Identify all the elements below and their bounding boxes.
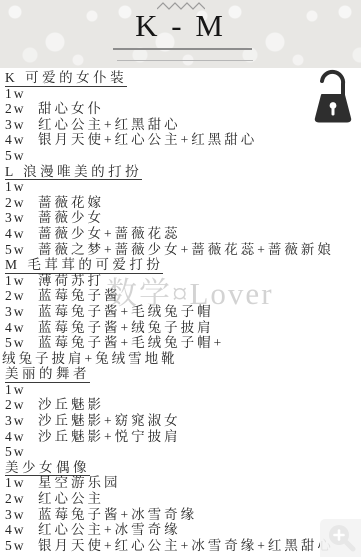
week-label: 1w (5, 382, 38, 398)
outfit-names: 银月天使+红心公主+红黑甜心 (38, 132, 257, 147)
outfit-names: 蓝莓兔子酱 (38, 288, 121, 303)
week-label: 4w (5, 226, 38, 242)
section-heading: 美丽的舞者 (5, 366, 90, 383)
outfit-row: 绒兔子披肩+兔绒雪地靴 (5, 351, 361, 367)
week-label: 4w (5, 522, 38, 538)
outfit-names: 蓝莓兔子酱+冰雪奇缘 (38, 507, 197, 522)
outfit-names: 蔷薇之梦+蔷薇少女+蔷薇花蕊+蔷薇新娘 (38, 242, 334, 257)
week-label: 2w (5, 288, 38, 304)
outfit-row: 3w蓝莓兔子酱+冰雪奇缘 (5, 507, 361, 523)
week-label: 1w (5, 86, 38, 102)
outfit-section: L 浪漫唯美的打扮1w2w蔷薇花嫁3w蔷薇少女4w蔷薇少女+蔷薇花蕊5w蔷薇之梦… (5, 164, 361, 258)
week-label: 5w (5, 242, 38, 258)
outfit-row: 5w蔷薇之梦+蔷薇少女+蔷薇花蕊+蔷薇新娘 (5, 242, 361, 258)
outfit-names: 蓝莓兔子酱+绒兔子披肩 (38, 320, 214, 335)
outfit-names: 薄荷苏打 (38, 273, 104, 288)
outfit-names: 蔷薇少女 (38, 210, 104, 225)
week-label: 1w (5, 475, 38, 491)
outfit-section: 美少女偶像1w星空游乐园2w红心公主3w蓝莓兔子酱+冰雪奇缘4w红心公主+冰雪奇… (5, 460, 361, 554)
outfit-row: 5w蓝莓兔子酱+毛绒兔子帽+ (5, 335, 361, 351)
week-label: 3w (5, 507, 38, 523)
week-label: 1w (5, 273, 38, 289)
outfit-row: 1w (5, 382, 361, 398)
outfit-names: 沙丘魅影+窈窕淑女 (38, 413, 181, 428)
outfit-names: 红心公主 (38, 491, 104, 506)
outfit-names: 蔷薇少女+蔷薇花蕊 (38, 226, 181, 241)
page-header: K - M (0, 0, 361, 68)
content: K 可爱的女仆装1w2w甜心女仆3w红心公主+红黑甜心4w银月天使+红心公主+红… (5, 70, 361, 553)
outfit-row: 2w蓝莓兔子酱 (5, 288, 361, 304)
outfit-row: 3w沙丘魅影+窈窕淑女 (5, 413, 361, 429)
week-label: 2w (5, 491, 38, 507)
outfit-row: 4w蓝莓兔子酱+绒兔子披肩 (5, 320, 361, 336)
week-label: 1w (5, 179, 38, 195)
outfit-row: 5w (5, 148, 361, 164)
outfit-row: 4w红心公主+冰雪奇缘 (5, 522, 361, 538)
title-underline-secondary (117, 60, 253, 61)
week-label: 2w (5, 101, 38, 117)
outfit-names: 沙丘魅影 (38, 397, 104, 412)
outfit-row: 2w蔷薇花嫁 (5, 195, 361, 211)
outfit-row: 1w (5, 86, 361, 102)
week-label: 5w (5, 335, 38, 351)
outfit-row: 2w甜心女仆 (5, 101, 361, 117)
week-label: 2w (5, 195, 38, 211)
week-label: 3w (5, 413, 38, 429)
outfit-row: 1w薄荷苏打 (5, 273, 361, 289)
week-label: 5w (5, 538, 38, 554)
page: K - M K 可爱的女仆装1w2w甜心女仆3w红心公主+红黑甜心4w银月天使+… (0, 0, 361, 557)
outfit-names: 红心公主+红黑甜心 (38, 117, 181, 132)
outfit-row: 4w银月天使+红心公主+红黑甜心 (5, 132, 361, 148)
outfit-row: 3w蔷薇少女 (5, 210, 361, 226)
week-label: 5w (5, 148, 38, 164)
page-title: K - M (0, 9, 361, 43)
outfit-row: 2w沙丘魅影 (5, 397, 361, 413)
section-heading: L 浪漫唯美的打扮 (5, 164, 142, 181)
section-heading: K 可爱的女仆装 (5, 70, 127, 87)
outfit-names: 甜心女仆 (38, 101, 104, 116)
outfit-row: 4w蔷薇少女+蔷薇花蕊 (5, 226, 361, 242)
outfit-section: K 可爱的女仆装1w2w甜心女仆3w红心公主+红黑甜心4w银月天使+红心公主+红… (5, 70, 361, 164)
title-underline-primary (113, 48, 252, 50)
outfit-row: 2w红心公主 (5, 491, 361, 507)
outfit-row: 4w沙丘魅影+悦宁披肩 (5, 429, 361, 445)
outfit-names: 蓝莓兔子酱+毛绒兔子帽+ (38, 335, 224, 350)
week-label: 4w (5, 132, 38, 148)
week-label: 4w (5, 429, 38, 445)
outfit-row: 5w (5, 444, 361, 460)
section-heading: M 毛茸茸的可爱打扮 (5, 257, 163, 274)
outfit-section: 美丽的舞者1w2w沙丘魅影3w沙丘魅影+窈窕淑女4w沙丘魅影+悦宁披肩5w (5, 366, 361, 460)
zoom-in-icon[interactable] (320, 519, 361, 557)
outfit-names: 银月天使+红心公主+冰雪奇缘+红黑甜心 (38, 538, 334, 553)
outfit-row: 3w蓝莓兔子酱+毛绒兔子帽 (5, 304, 361, 320)
outfit-names: 蔷薇花嫁 (38, 195, 104, 210)
outfit-section: M 毛茸茸的可爱打扮1w薄荷苏打2w蓝莓兔子酱3w蓝莓兔子酱+毛绒兔子帽4w蓝莓… (5, 257, 361, 366)
week-label: 3w (5, 304, 38, 320)
week-label: 5w (5, 444, 38, 460)
outfit-row: 3w红心公主+红黑甜心 (5, 117, 361, 133)
outfit-row: 1w (5, 179, 361, 195)
week-label: 3w (5, 210, 38, 226)
outfit-names: 绒兔子披肩+兔绒雪地靴 (2, 351, 178, 366)
outfit-names: 沙丘魅影+悦宁披肩 (38, 429, 181, 444)
outfit-row: 5w银月天使+红心公主+冰雪奇缘+红黑甜心 (5, 538, 361, 554)
week-label: 2w (5, 397, 38, 413)
outfit-names: 星空游乐园 (38, 475, 121, 490)
week-label: 4w (5, 320, 38, 336)
outfit-row: 1w星空游乐园 (5, 475, 361, 491)
outfit-names: 红心公主+冰雪奇缘 (38, 522, 181, 537)
section-heading: 美少女偶像 (5, 460, 90, 477)
outfit-names: 蓝莓兔子酱+毛绒兔子帽 (38, 304, 214, 319)
week-label: 3w (5, 117, 38, 133)
